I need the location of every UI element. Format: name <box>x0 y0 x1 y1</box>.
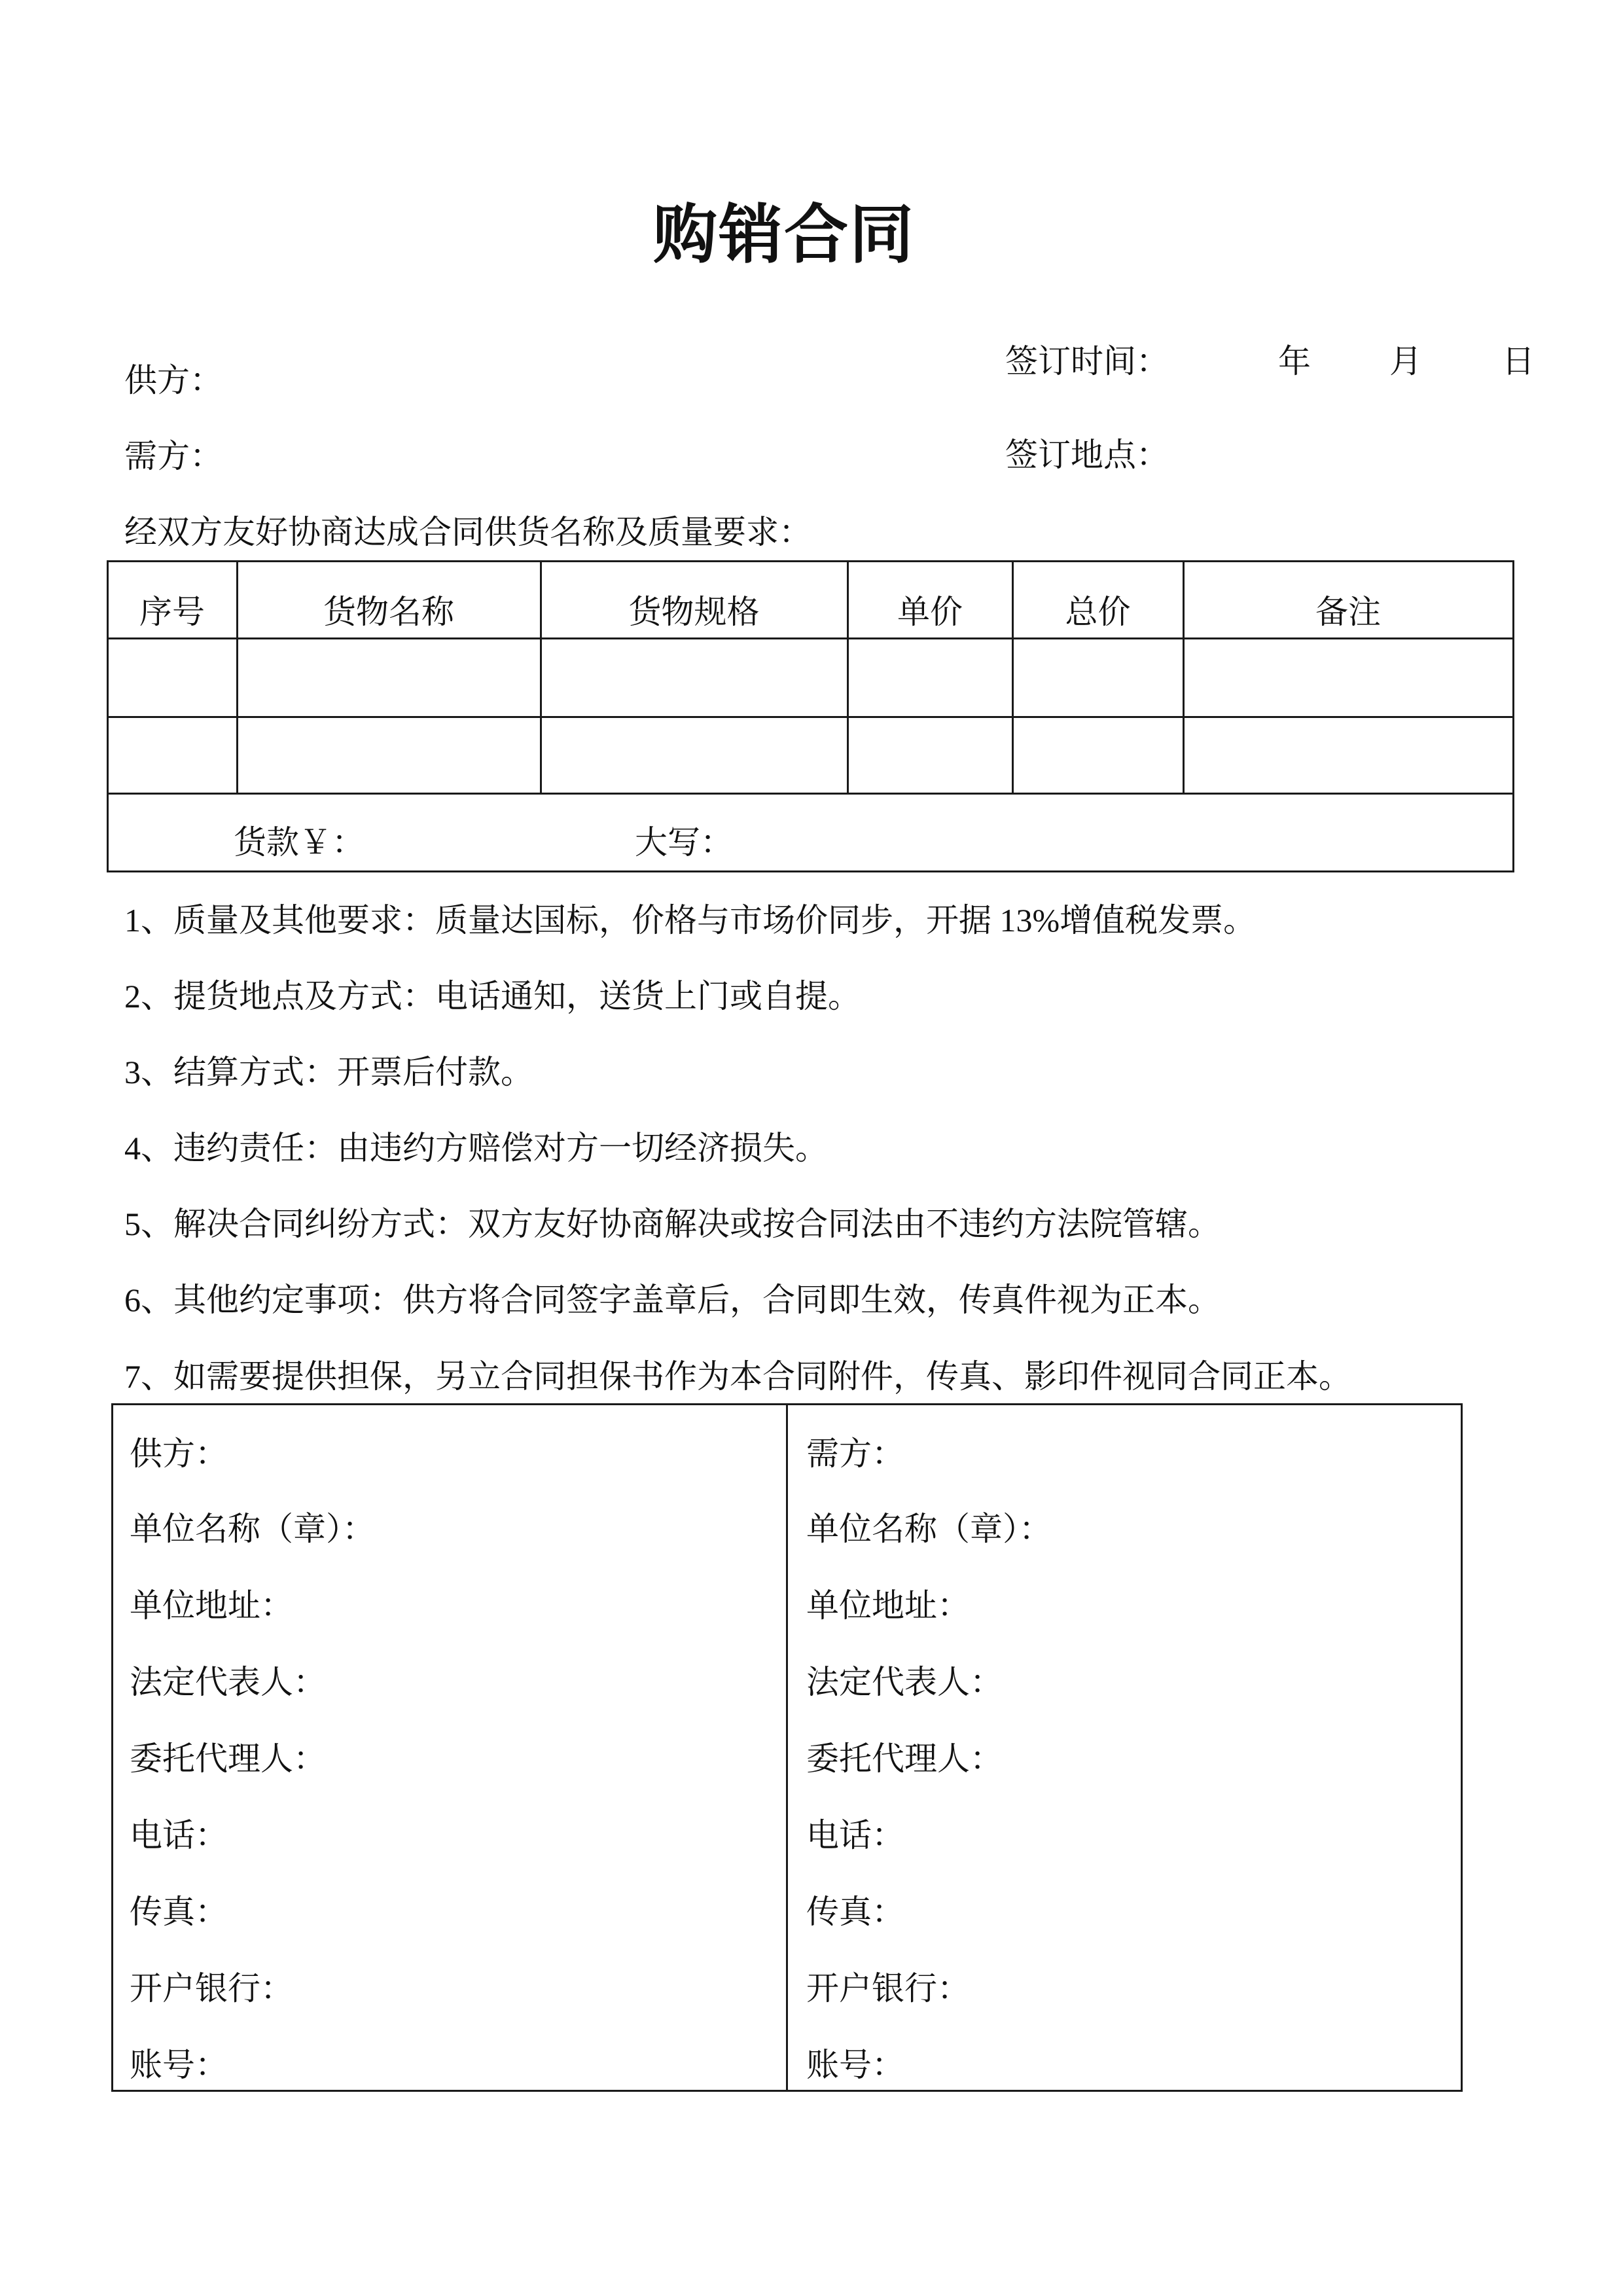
table-border <box>1461 1403 1463 2092</box>
supplier-phone-field[interactable]: 电话： <box>130 1819 228 1852</box>
buyer-company-name-field[interactable]: 单位名称（章）： <box>806 1513 1052 1545</box>
table-cell[interactable] <box>847 718 1012 793</box>
clause-item: 4、违约责任：由违约方赔偿对方一切经济损失。 <box>124 1132 828 1164</box>
supplier-label: 供方： <box>124 364 223 397</box>
column-header-unit-price: 单价 <box>847 562 1012 637</box>
supplier-party-field[interactable]: 供方： <box>130 1437 228 1470</box>
column-header-goods-name: 货物名称 <box>237 562 541 637</box>
table-cell[interactable] <box>847 639 1012 716</box>
supplier-company-name-field[interactable]: 单位名称（章）： <box>130 1513 375 1545</box>
table-border <box>107 793 1514 795</box>
table-cell[interactable] <box>541 639 847 716</box>
buyer-bank-field[interactable]: 开户银行： <box>806 1972 970 2005</box>
table-cell[interactable] <box>1183 639 1513 716</box>
supplier-legal-rep-field[interactable]: 法定代表人： <box>130 1666 326 1698</box>
buyer-label: 需方： <box>124 440 223 473</box>
supplier-fax-field[interactable]: 传真： <box>130 1895 228 1928</box>
clause-item: 7、如需要提供担保，另立合同担保书作为本合同附件，传真、影印件视同合同正本。 <box>124 1360 1351 1393</box>
month-label: 月 <box>1389 345 1422 378</box>
table-cell[interactable] <box>107 639 237 716</box>
buyer-address-field[interactable]: 单位地址： <box>806 1589 970 1622</box>
table-cell[interactable] <box>1183 718 1513 793</box>
supplier-bank-field[interactable]: 开户银行： <box>130 1972 293 2005</box>
table-cell[interactable] <box>1012 718 1183 793</box>
supplier-agent-field[interactable]: 委托代理人： <box>130 1742 326 1775</box>
table-border <box>107 870 1514 872</box>
amount-in-words-label: 大写： <box>635 826 733 859</box>
sign-place-label: 签订地点： <box>1005 439 1169 471</box>
column-header-total-price: 总价 <box>1012 562 1183 637</box>
table-cell[interactable] <box>107 718 237 793</box>
clause-item: 3、结算方式：开票后付款。 <box>124 1056 533 1088</box>
table-border <box>786 1403 788 2092</box>
buyer-legal-rep-field[interactable]: 法定代表人： <box>806 1666 1003 1698</box>
table-cell[interactable] <box>1012 639 1183 716</box>
intro-text: 经双方友好协商达成合同供货名称及质量要求： <box>124 516 811 548</box>
clause-item: 6、其他约定事项：供方将合同签字盖章后，合同即生效，传真件视为正本。 <box>124 1283 1221 1316</box>
table-cell[interactable] <box>237 718 541 793</box>
table-cell[interactable] <box>237 639 541 716</box>
year-label: 年 <box>1278 345 1311 378</box>
buyer-agent-field[interactable]: 委托代理人： <box>806 1742 1003 1775</box>
column-header-goods-spec: 货物规格 <box>541 562 847 637</box>
clause-item: 1、质量及其他要求：质量达国标，价格与市场价同步，开据 13%增值税发票。 <box>124 904 1256 937</box>
buyer-fax-field[interactable]: 传真： <box>806 1895 904 1928</box>
supplier-address-field[interactable]: 单位地址： <box>130 1589 293 1622</box>
column-header-index: 序号 <box>107 562 237 637</box>
clause-item: 5、解决合同纠纷方式：双方友好协商解决或按合同法由不违约方法院管辖。 <box>124 1208 1221 1240</box>
document-title: 购销合同 <box>653 203 915 267</box>
buyer-phone-field[interactable]: 电话： <box>806 1819 904 1852</box>
sign-time-label: 签订时间： <box>1005 345 1169 378</box>
table-border <box>111 1403 113 2092</box>
supplier-account-field[interactable]: 账号： <box>130 2049 228 2081</box>
total-amount-label: 货款￥： <box>234 826 365 859</box>
clause-item: 2、提货地点及方式：电话通知，送货上门或自提。 <box>124 980 861 1013</box>
buyer-party-field[interactable]: 需方： <box>806 1437 904 1470</box>
buyer-account-field[interactable]: 账号： <box>806 2049 904 2081</box>
table-cell[interactable] <box>541 718 847 793</box>
column-header-remarks: 备注 <box>1183 562 1513 637</box>
day-label: 日 <box>1502 345 1535 378</box>
